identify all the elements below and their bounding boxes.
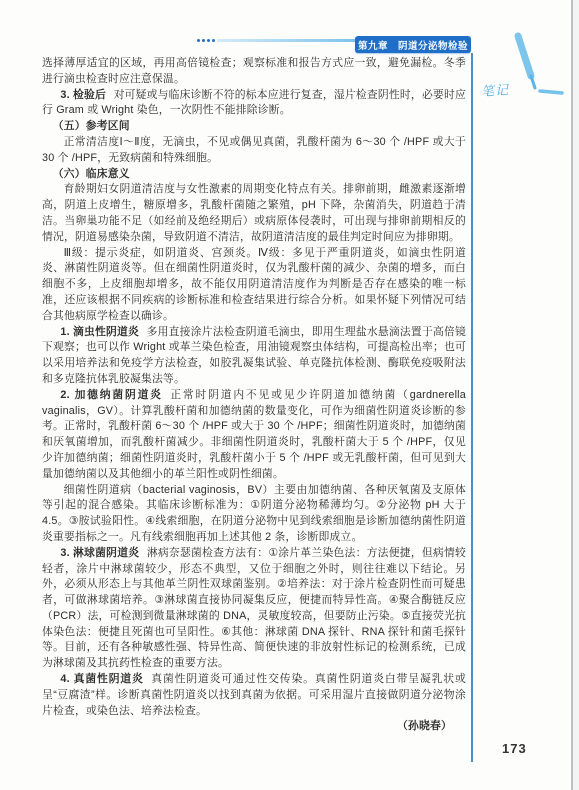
- paragraph-label: 1. 滴虫性阴道炎: [60, 326, 139, 338]
- page-content: 选择薄厚适宜的区域，再用高倍镜检查；观察标准和报告方式应一致，避免漏检。冬季进行…: [42, 56, 466, 735]
- paragraph-label: 3. 淋球菌阴道炎: [60, 547, 139, 559]
- paragraph: 1. 滴虫性阴道炎多用直接涂片法检查阴道毛滴虫，即用生理盐水悬滴法置于高倍镜下观…: [42, 325, 466, 388]
- paragraph-label: 2. 加德纳菌阴道炎: [60, 389, 162, 401]
- book-page: 第九章 阴道分泌物检验 笔记 选择薄厚适宜的区域，再用高倍镜检查；观察标准和报告…: [0, 0, 579, 790]
- paragraph: 4. 真菌性阴道炎真菌性阴道炎可通过性交传染。真菌性阴道炎白带呈凝乳状或呈“豆腐…: [42, 672, 466, 719]
- header-dots-icon: [197, 39, 215, 42]
- paragraph: 正常清洁度Ⅰ～Ⅱ度，无滴虫，不见或偶见真菌，乳酸杆菌为 6～30 个 /HPF …: [42, 135, 466, 167]
- paragraph: 选择薄厚适宜的区域，再用高倍镜检查；观察标准和报告方式应一致，避免漏检。冬季进行…: [42, 56, 466, 88]
- paragraph-label: 4. 真菌性阴道炎: [60, 673, 143, 685]
- margin-note-label: 笔记: [480, 79, 509, 100]
- paragraph: 细菌性阴道病（bacterial vaginosis，BV）主要由加德纳菌、各种…: [42, 483, 466, 546]
- paragraph-label: 3. 检验后: [60, 89, 106, 101]
- paragraph: 2. 加德纳菌阴道炎正常时阴道内不见或见少许阴道加德纳菌（gardnerella…: [42, 388, 466, 483]
- chapter-badge: 第九章 阴道分泌物检验: [355, 36, 471, 53]
- section-heading: （六）临床意义: [42, 167, 466, 183]
- page-number: 173: [502, 741, 527, 756]
- paragraph: 3. 检验后对可疑或与临床诊断不符的标本应进行复查，湿片检查阴性时，必要时应行 …: [42, 88, 466, 120]
- section-heading: （五）参考区间: [42, 119, 466, 135]
- paragraph: 育龄期妇女阴道清洁度与女性激素的周期变化特点有关。排卵前期，雌激素逐渐增高，阴道…: [42, 182, 466, 245]
- header-rule: [217, 39, 356, 42]
- paragraph: Ⅲ级：提示炎症，如阴道炎、宫颈炎。Ⅳ级：多见于严重阴道炎，如滴虫性阴道炎、淋菌性…: [42, 246, 466, 325]
- margin-rule: [471, 53, 473, 762]
- scan-outer-margin: [573, 0, 579, 790]
- paragraph-text: 正常时阴道内不见或见少许阴道加德纳菌（gardnerella vaginalis…: [42, 389, 466, 480]
- paragraph-text: 淋病奈瑟菌检查方法有：①涂片革兰染色法：方法便捷，但病情较轻者，涂片中淋球菌较少…: [42, 547, 466, 670]
- paragraph: 3. 淋球菌阴道炎淋病奈瑟菌检查方法有：①涂片革兰染色法：方法便捷，但病情较轻者…: [42, 546, 466, 672]
- author-signature: （孙晓春）: [42, 719, 466, 735]
